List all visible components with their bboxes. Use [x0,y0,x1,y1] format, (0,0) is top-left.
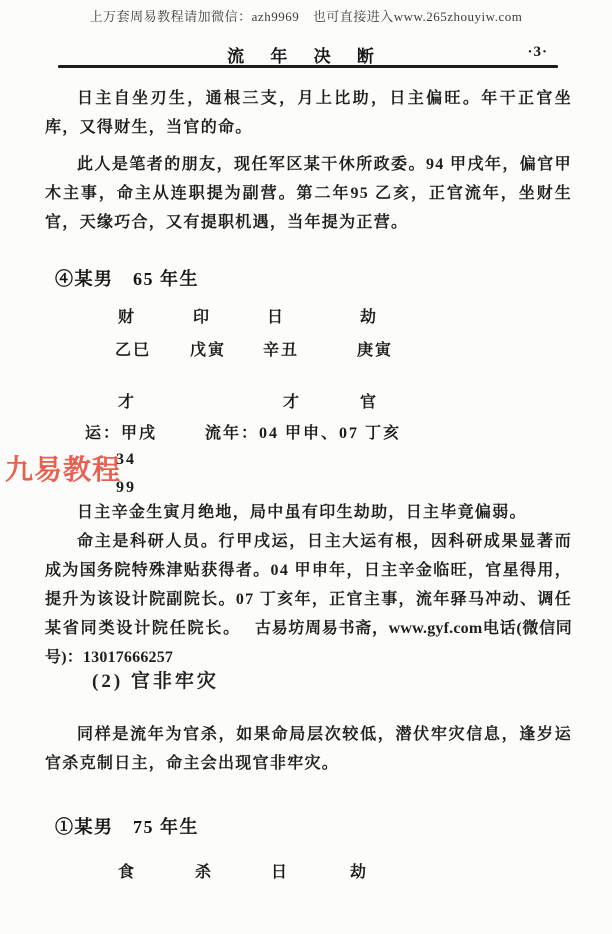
paragraph-case4-analysis: 日主辛金生寅月绝地，局中虽有印生劫助，日主毕竟偏弱。 [45,498,572,527]
book-page: 上万套周易教程请加微信：azh9969 也可直接进入www.265zhouyiw… [0,0,612,934]
paragraph-section2-intro: 同样是流年为官杀，如果命局层次较低，潜伏牢灾信息，逢岁运官杀克制日主，命主会出现… [45,720,572,778]
header-rule [58,65,558,68]
page-number: ·3· [527,44,548,61]
flow-years: 流年：04 甲申、07 丁亥 [205,420,401,443]
god-label: 日 [267,304,285,327]
case4-heading: ④某男 65 年生 [55,265,199,291]
pillar: 辛丑 [263,337,299,360]
pillar: 乙巳 [115,337,151,360]
god-label: 食 [118,859,136,882]
god-label: 印 [193,304,211,327]
hidden-god: 才 [283,389,301,412]
pillar: 戊寅 [190,337,226,360]
god-label: 日 [271,859,289,882]
case4-god-labels-row: 财 印 日 劫 [45,304,572,330]
pillar: 庚寅 [357,337,393,360]
hidden-god: 才 [118,389,136,412]
paragraph-case3-story: 此人是笔者的朋友，现任军区某干休所政委。94 甲戌年，偏官甲木主事，命主从连职提… [45,150,572,237]
case4-start-age-row: 34 [45,451,572,477]
case1-god-labels-row: 食 杀 日 劫 [45,859,572,885]
section2-heading: (2) 官非牢灾 [92,666,219,693]
god-label: 财 [118,304,136,327]
paragraph-rizhu-summary: 日主自坐刃生，通根三支，月上比助，日主偏旺。年干正官坐库，又得财生，当官的命。 [45,84,572,142]
top-ad-line: 上万套周易教程请加微信：azh9969 也可直接进入www.265zhouyiw… [0,6,612,25]
case4-pillars-row: 乙巳 戊寅 辛丑 庚寅 [45,337,572,363]
hidden-god: 官 [360,389,378,412]
red-watermark: 九易教程 [5,448,121,488]
god-label: 杀 [195,859,213,882]
luck-pillar: 运：甲戌 [85,420,157,443]
case4-hidden-gods-row: 才 才 官 [45,389,572,415]
running-header-title: 流 年 决 断 [0,42,612,67]
god-label: 劫 [360,304,378,327]
case1-heading: ①某男 75 年生 [55,813,199,839]
case4-luck-row: 运：甲戌 流年：04 甲申、07 丁亥 [45,420,572,446]
god-label: 劫 [350,859,368,882]
paragraph-case4-story: 命主是科研人员。行甲戌运，日主大运有根，因科研成果显著而成为国务院特殊津贴获得者… [45,527,572,672]
